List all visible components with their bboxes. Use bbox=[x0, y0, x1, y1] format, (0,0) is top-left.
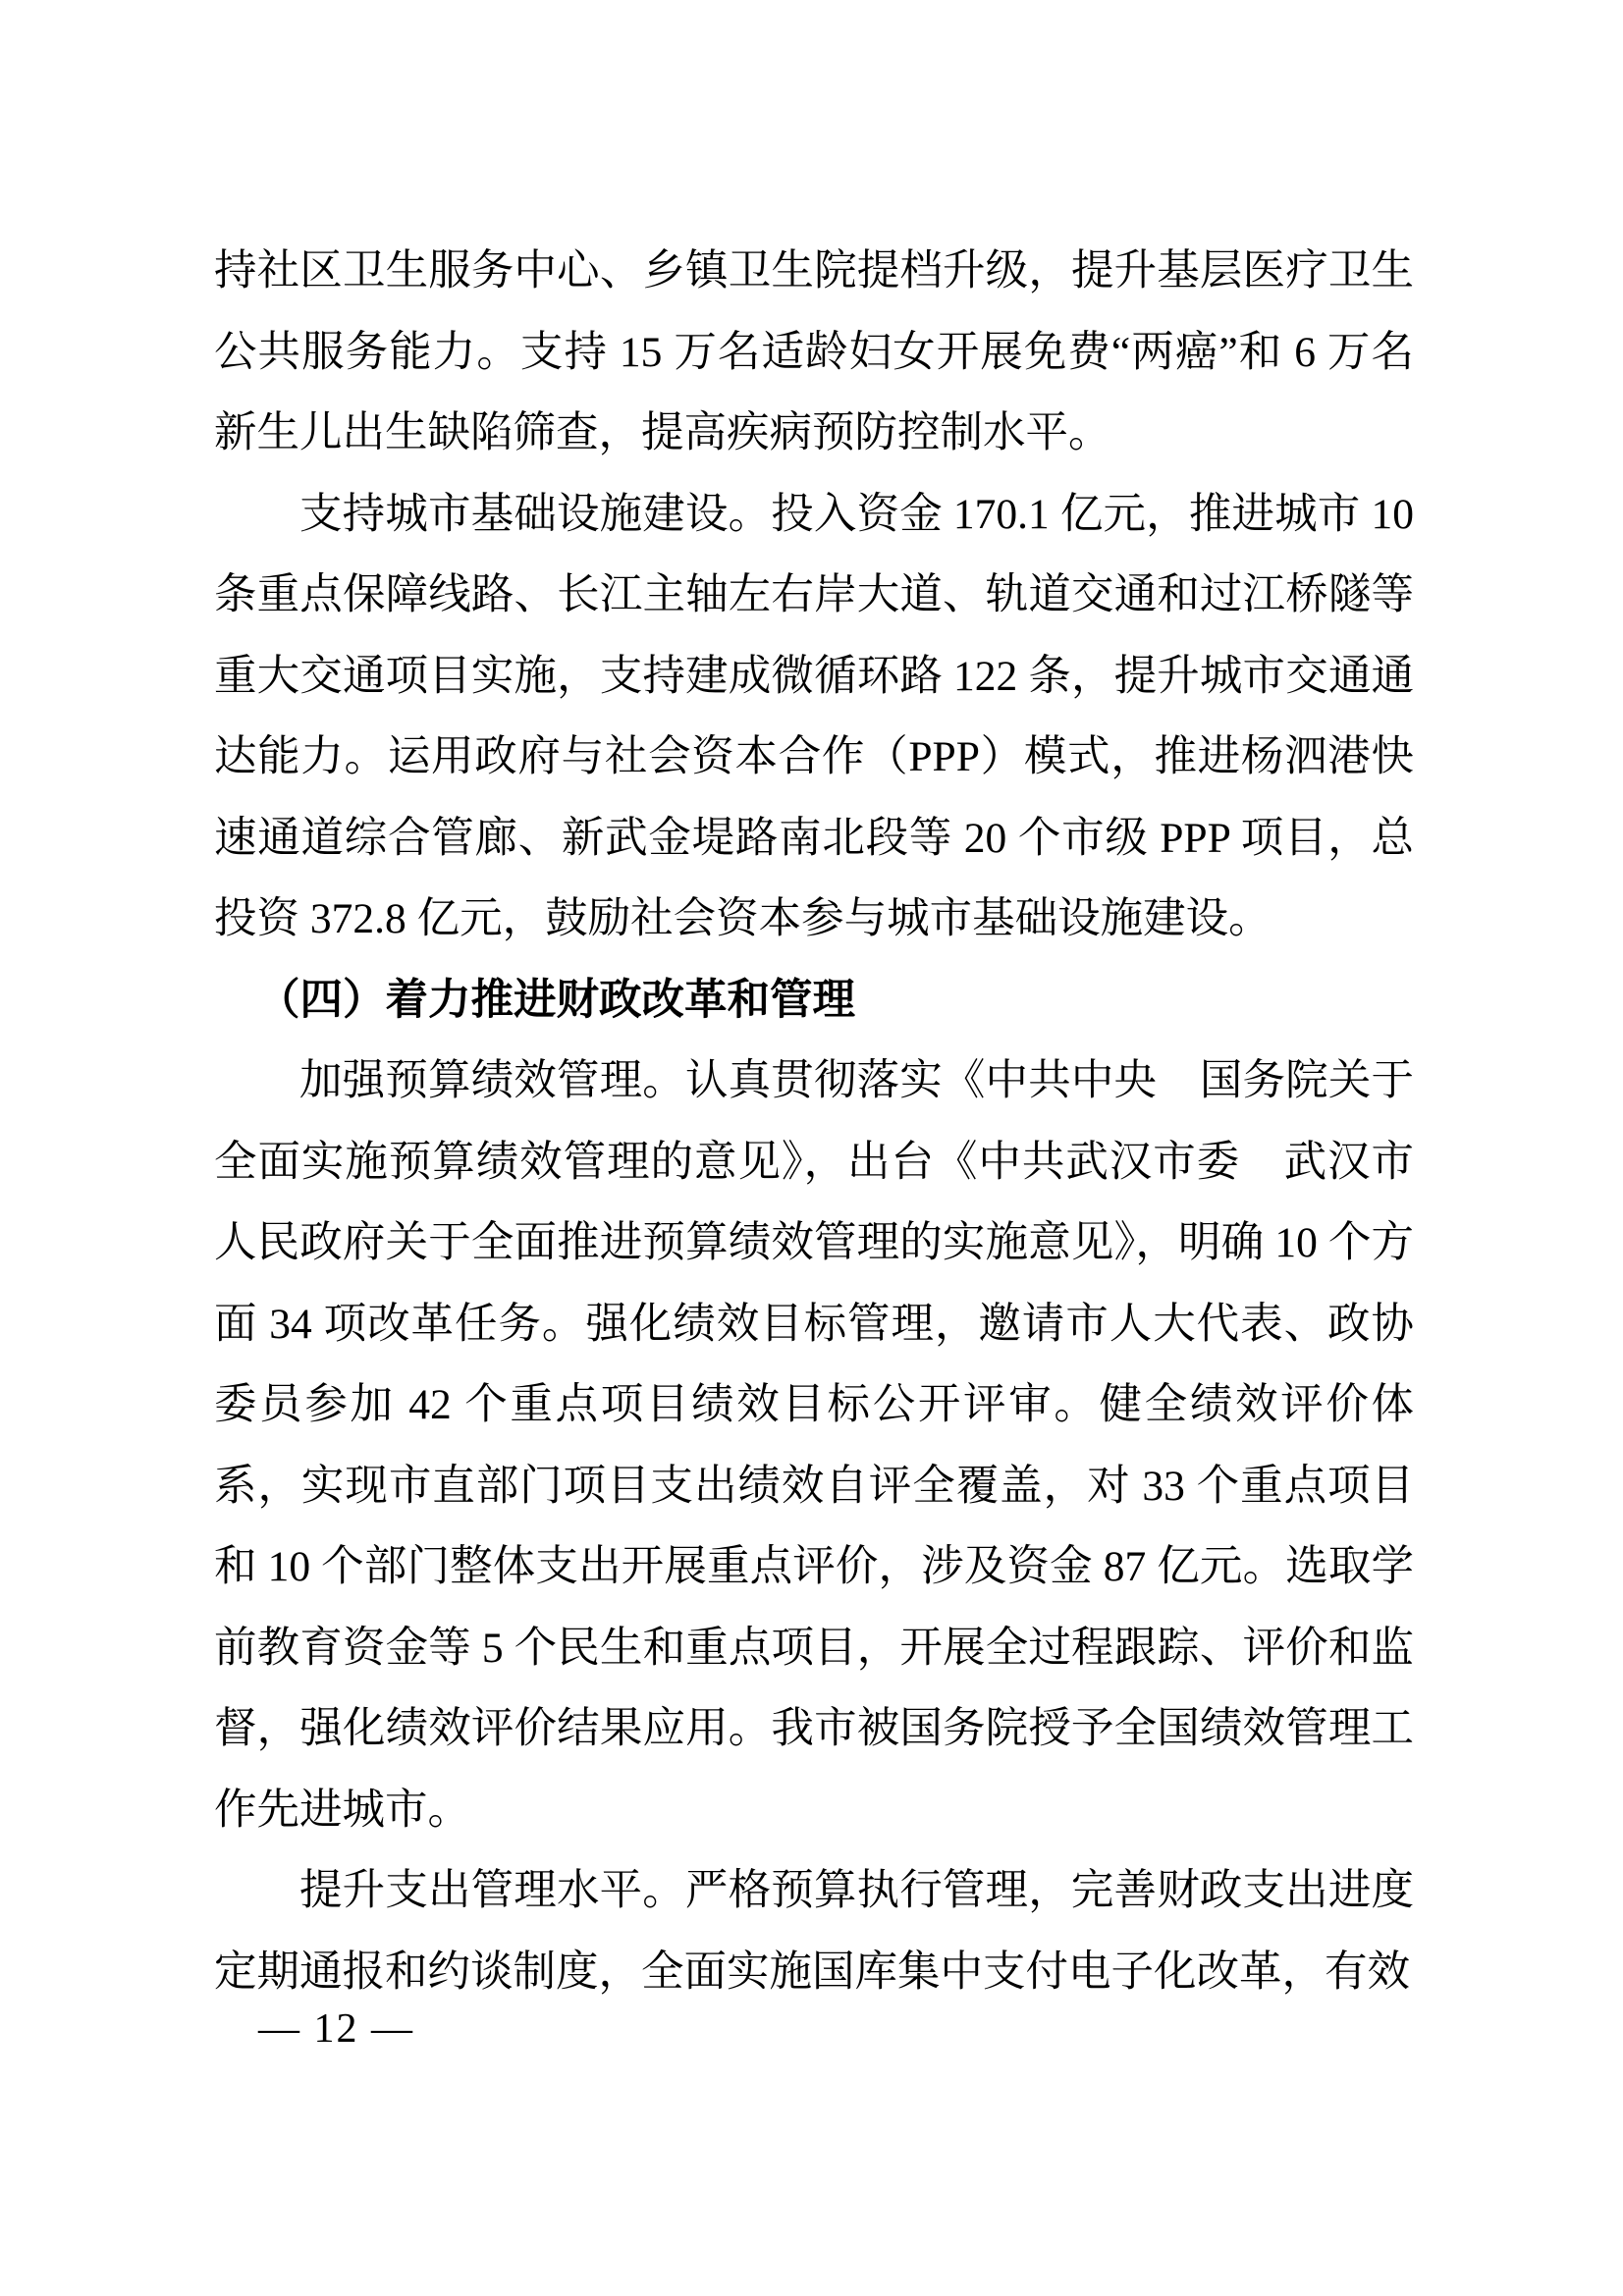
paragraph-budget-performance: 加强预算绩效管理。认真贯彻落实《中共中央 国务院关于全面实施预算绩效管理的意见》… bbox=[214, 1041, 1414, 1850]
paragraph-expenditure-management: 提升支出管理水平。严格预算执行管理，完善财政支出进度定期通报和约谈制度，全面实施… bbox=[214, 1850, 1414, 2012]
paragraph-community-health: 持社区卫生服务中心、乡镇卫生院提档升级，提升基层医疗卫生公共服务能力。支持 15… bbox=[214, 231, 1414, 474]
section-heading-fiscal-reform: （四）着力推进财政改革和管理 bbox=[214, 960, 1414, 1041]
document-body: 持社区卫生服务中心、乡镇卫生院提档升级，提升基层医疗卫生公共服务能力。支持 15… bbox=[214, 231, 1414, 2012]
page-number: — 12 — bbox=[258, 2006, 414, 2052]
paragraph-urban-infrastructure: 支持城市基础设施建设。投入资金 170.1 亿元，推进城市 10 条重点保障线路… bbox=[214, 474, 1414, 960]
document-page: 持社区卫生服务中心、乡镇卫生院提档升级，提升基层医疗卫生公共服务能力。支持 15… bbox=[0, 0, 1623, 2296]
